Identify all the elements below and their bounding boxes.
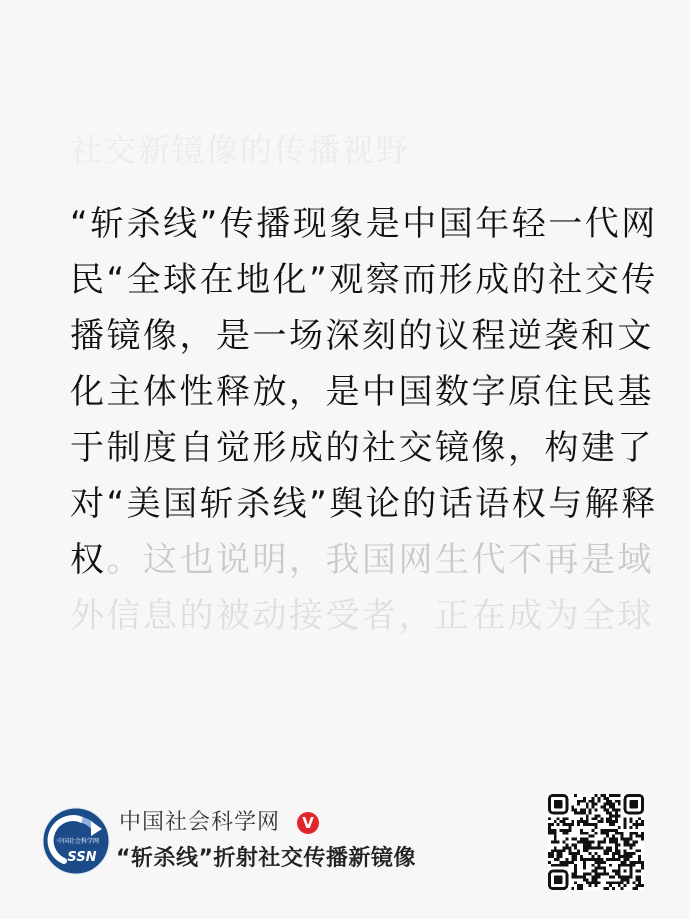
section-heading: 社交新镜像的传播视野 — [70, 130, 410, 170]
article-title[interactable]: “斩杀线”折射社交传播新镜像 — [116, 844, 416, 874]
article-body: “斩杀线”传播现象是中国年轻一代网 民“全球在地化”观察而形成的社交传 播镜像，… — [70, 196, 622, 644]
source-name[interactable]: 中国社会科学网 — [119, 808, 280, 838]
verified-badge-icon: V — [297, 812, 319, 834]
body-line: 权。这也说明，我国网生代不再是域 — [70, 532, 622, 588]
svg-text:SSN: SSN — [67, 850, 96, 865]
body-line-faded: 外信息的被动接受者，正在成为全球 — [70, 588, 622, 644]
body-line: 化主体性释放，是中国数字原住民基 — [70, 364, 622, 420]
body-text-faded: 。这也说明，我国网生代不再是域 — [107, 540, 655, 580]
ssn-logo-icon: 中国社会科学网 SSN — [42, 807, 110, 875]
body-line: 民“全球在地化”观察而形成的社交传 — [70, 252, 622, 308]
body-line: 对“美国斩杀线”舆论的话语权与解释 — [70, 476, 622, 532]
body-text-dark: 权 — [70, 540, 107, 580]
svg-text:中国社会科学网: 中国社会科学网 — [57, 837, 99, 845]
body-line: “斩杀线”传播现象是中国年轻一代网 — [70, 196, 622, 252]
body-line: 播镜像，是一场深刻的议程逆袭和文 — [70, 308, 622, 364]
body-line: 于制度自觉形成的社交镜像，构建了 — [70, 420, 622, 476]
qr-code-icon[interactable] — [548, 794, 644, 890]
